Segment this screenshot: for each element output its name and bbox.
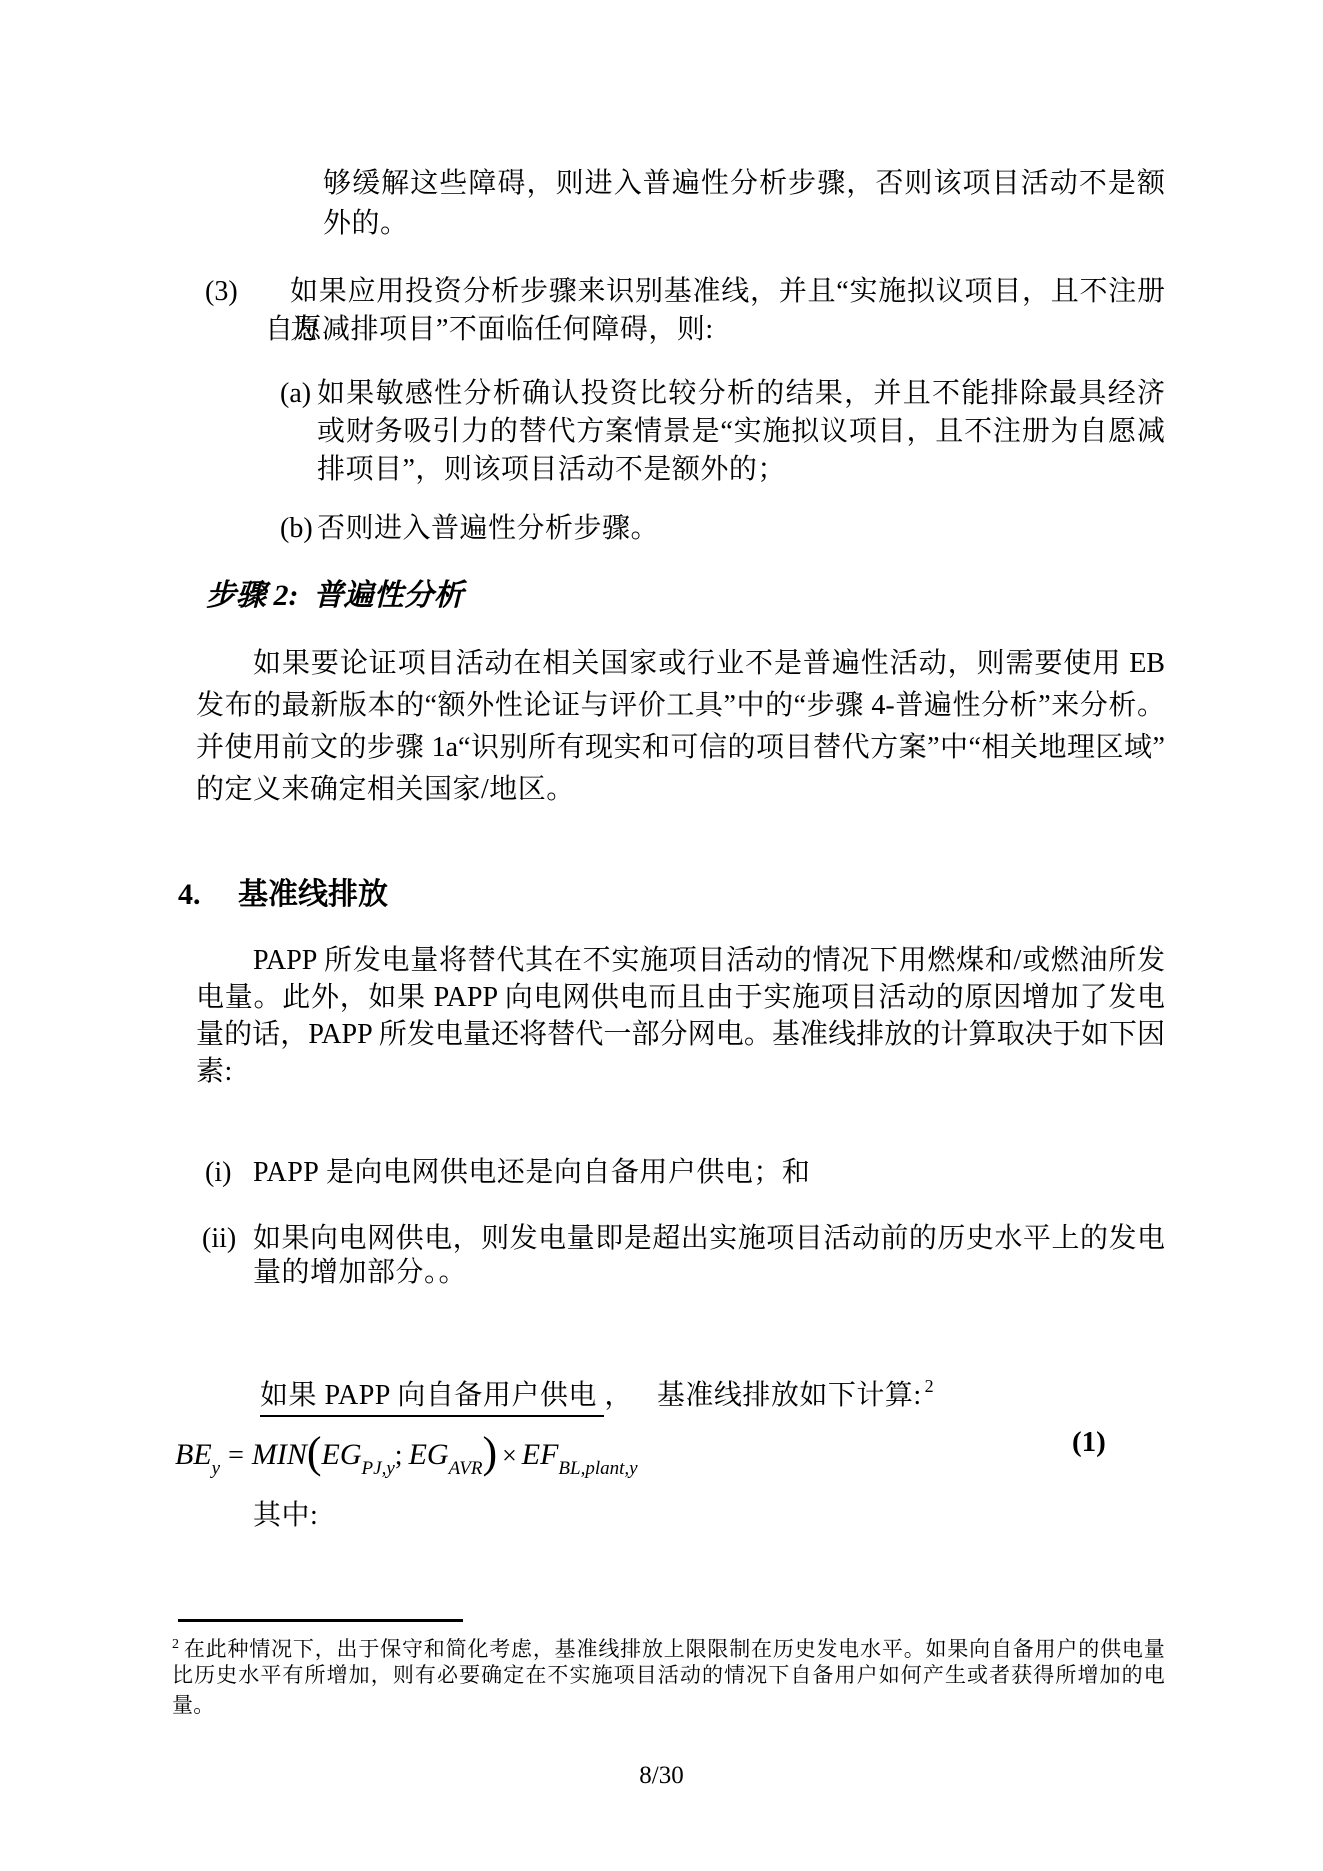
multiplication-sign: × bbox=[497, 1441, 522, 1470]
list-marker-ii: (ii) bbox=[202, 1220, 236, 1258]
section4-number: 4. bbox=[178, 875, 201, 915]
equation-function: MIN bbox=[252, 1438, 307, 1471]
equation-number: (1) bbox=[1072, 1426, 1106, 1459]
close-paren: ) bbox=[482, 1428, 497, 1477]
paragraph-line: 并使用前文的步骤 1a“识别所有现实和可信的项目替代方案”中“相关地理区域” bbox=[196, 729, 1165, 767]
footnote-line: 比历史水平有所增加，则有必要确定在不实施项目活动的情况下自备用户如何产生或者获得… bbox=[172, 1660, 1165, 1690]
paragraph-line: 外的。 bbox=[323, 205, 409, 243]
paragraph-line: 量的话，PAPP 所发电量还将替代一部分网电。基准线排放的计算取决于如下因 bbox=[196, 1016, 1165, 1054]
equation-subscript: PJ,y bbox=[362, 1458, 395, 1479]
equation-subscript: y bbox=[212, 1458, 220, 1479]
footnote-separator bbox=[178, 1619, 463, 1622]
open-paren: ( bbox=[307, 1428, 322, 1477]
lead-in-text: 基准线排放如下计算: bbox=[657, 1380, 922, 1411]
page-number: 8/30 bbox=[0, 1762, 1323, 1790]
equation-1: BEy=MIN(EGPJ,y;EGAVR)×EFBL,plant,y bbox=[175, 1424, 638, 1475]
footnote-line: 量。 bbox=[172, 1690, 215, 1720]
paragraph-line: 的定义来确定相关国家/地区。 bbox=[196, 771, 575, 809]
list-item-line: 量的增加部分。。 bbox=[253, 1254, 467, 1292]
section4-title: 基准线排放 bbox=[238, 875, 388, 915]
paragraph-line: 电量。此外，如果 PAPP 向电网供电而且由于实施项目活动的原因增加了发电 bbox=[196, 979, 1165, 1017]
list-item-line: 排项目”，则该项目活动不是额外的； bbox=[317, 451, 786, 489]
paragraph-line: 如果要论证项目活动在相关国家或行业不是普遍性活动，则需要使用 EB bbox=[253, 645, 1165, 683]
equation-term: EG bbox=[322, 1438, 362, 1471]
list-marker-3: (3) bbox=[205, 273, 238, 311]
equation-subscript: AVR bbox=[449, 1458, 483, 1479]
list-marker-b: (b) bbox=[280, 510, 313, 548]
equals-sign: = bbox=[220, 1440, 252, 1471]
document-page: 够缓解这些障碍，则进入普遍性分析步骤，否则该项目活动不是额 外的。 (3) 如果… bbox=[0, 0, 1323, 1871]
footnote-number: 2 bbox=[172, 1637, 179, 1652]
equation-subscript: BL,plant,y bbox=[558, 1458, 637, 1479]
footnote-reference: 2 bbox=[925, 1376, 934, 1396]
paragraph-line: PAPP 所发电量将替代其在不实施项目活动的情况下用燃煤和/或燃油所发 bbox=[253, 942, 1165, 980]
comma: ， bbox=[604, 1380, 633, 1411]
list-item-line: 自愿减排项目”不面临任何障碍，则: bbox=[265, 311, 714, 349]
list-item-line: 或财务吸引力的替代方案情景是“实施拟议项目，且不注册为自愿减 bbox=[317, 413, 1165, 451]
semicolon: ; bbox=[395, 1440, 409, 1471]
footnote-line: 2在此种情况下，出于保守和简化考虑，基准线排放上限限制在历史发电水平。如果向自备… bbox=[172, 1630, 1165, 1664]
step2-heading: 步骤 2: 普遍性分析 bbox=[206, 576, 464, 616]
where-label: 其中: bbox=[253, 1497, 318, 1535]
list-item-line: PAPP 是向电网供电还是向自备用户供电；和 bbox=[253, 1154, 810, 1192]
list-marker-a: (a) bbox=[280, 375, 311, 413]
paragraph-line: 够缓解这些障碍，则进入普遍性分析步骤，否则该项目活动不是额 bbox=[323, 165, 1165, 203]
equation-term: EF bbox=[522, 1438, 559, 1471]
paragraph-line: 素: bbox=[196, 1053, 233, 1091]
underlined-text: 如果 PAPP 向自备用户供电 bbox=[260, 1380, 604, 1417]
equation-term: EG bbox=[409, 1438, 449, 1471]
paragraph-line: 发布的最新版本的“额外性论证与评价工具”中的“步骤 4-普遍性分析”来分析。 bbox=[196, 687, 1165, 725]
list-item-line: 如果敏感性分析确认投资比较分析的结果，并且不能排除最具经济 bbox=[317, 375, 1165, 413]
list-marker-i: (i) bbox=[205, 1154, 231, 1192]
list-item-line: 如果向电网供电，则发电量即是超出实施项目活动前的历史水平上的发电 bbox=[253, 1220, 1165, 1258]
equation-term: BE bbox=[175, 1438, 212, 1471]
footnote-text: 在此种情况下，出于保守和简化考虑，基准线排放上限限制在历史发电水平。如果向自备用… bbox=[183, 1637, 1165, 1661]
list-item-line: 否则进入普遍性分析步骤。 bbox=[317, 510, 659, 548]
